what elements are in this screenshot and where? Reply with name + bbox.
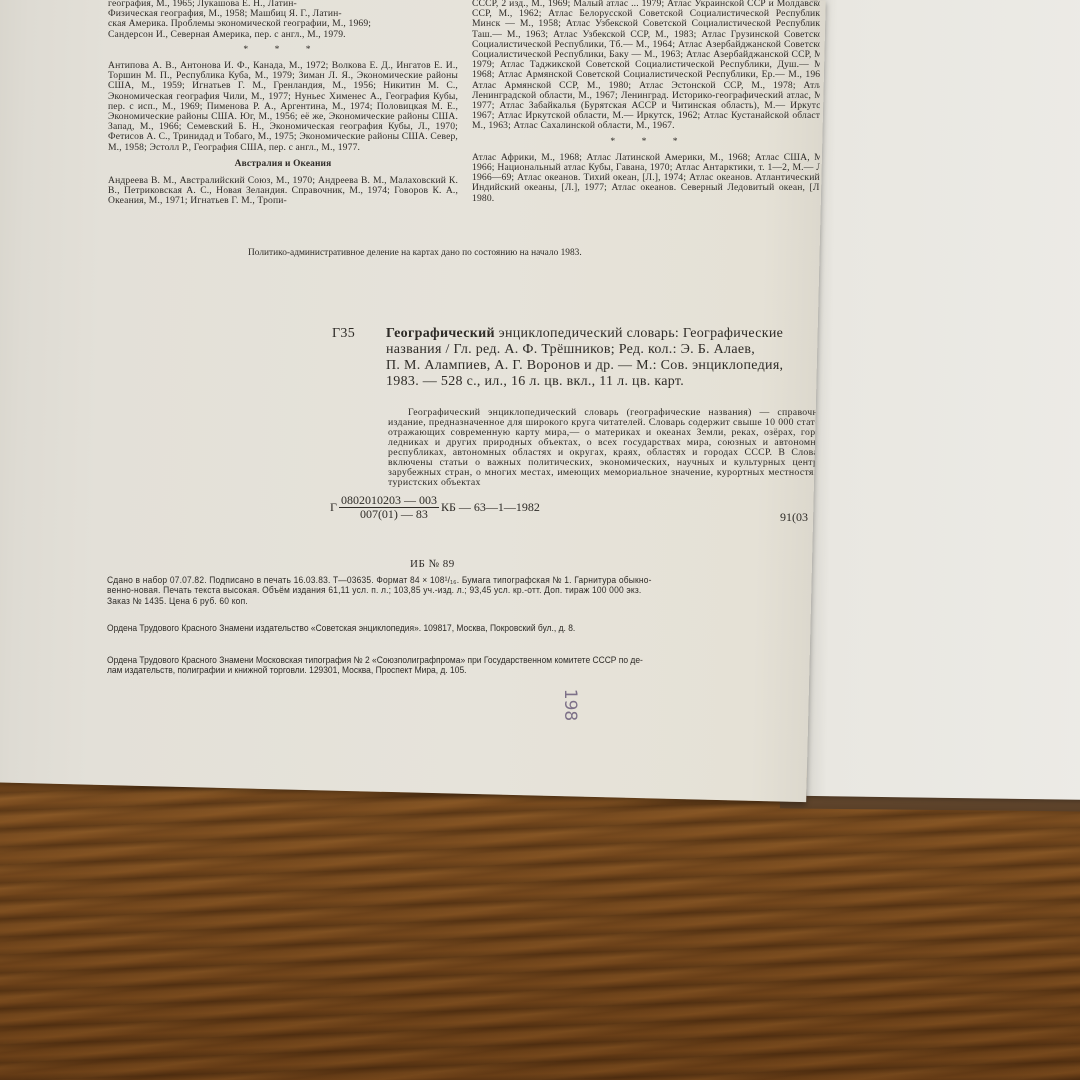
printer-info: Ордена Трудового Красного Знамени Москов… <box>107 655 820 676</box>
facing-blank-page <box>806 0 1080 800</box>
book-annotation: Географический энциклопедический словарь… <box>388 408 820 488</box>
annotation-text: Географический энциклопедический словарь… <box>388 408 820 488</box>
ussr-atlases-references: СССР, 2 изд., М., 1969; Малый атлас ... … <box>472 0 820 132</box>
north-america-references: Антипова А. В., Антонова И. Ф., Канада, … <box>108 61 458 153</box>
bbk-denominator: 007(01) — 83 <box>350 508 428 521</box>
admin-division-note: Политико-административное деление на кар… <box>248 248 582 258</box>
continued-line-4: Сандерсон И., Северная Америка, пер. с а… <box>108 30 458 40</box>
catalog-line-4: 1983. — 528 с., ил., 16 л. цв. вкл., 11 … <box>386 374 820 390</box>
bbk-suffix: КБ — 63—1—1982 <box>441 500 540 515</box>
bibliography-right-column: СССР, 2 изд., М., 1969; Малый атлас ... … <box>472 0 820 204</box>
catalog-line-2: названия / Гл. ред. А. Ф. Трёшников; Ред… <box>386 342 820 358</box>
bbk-numerator: 0802010203 — 003 <box>339 494 439 508</box>
australia-heading: Австралия и Океания <box>108 159 458 169</box>
bbk-prefix: Г <box>330 500 337 515</box>
printer-line-2: лам издательств, полиграфии и книжной то… <box>107 665 820 675</box>
colophon-page: география, М., 1965; Лукашова Е. Н., Лат… <box>0 0 826 802</box>
bibliography-left-column: география, М., 1965; Лукашова Е. Н., Лат… <box>108 0 458 207</box>
catalog-line-1: энциклопедический словарь: Географически… <box>495 326 783 341</box>
bbk-fraction: 0802010203 — 003 007(01) — 83 <box>339 494 439 521</box>
section-separator: * * * <box>108 45 458 55</box>
udk-code: 91(03 <box>780 510 808 525</box>
catalog-card: Г35 Географический энциклопедический сло… <box>332 326 820 390</box>
imprint-line-3: Заказ № 1435. Цена 6 руб. 60 коп. <box>107 596 769 606</box>
australia-references: Андреева В. М., Австралийский Союз, М., … <box>108 176 458 207</box>
ink-stamp-number: 198 <box>560 689 580 721</box>
catalog-line-3: П. М. Алампиев, А. Г. Воронов и др. — М.… <box>386 358 820 374</box>
catalog-title-bold: Географический <box>386 326 495 341</box>
bbk-index: Г 0802010203 — 003 007(01) — 83 КБ — 63—… <box>330 494 540 521</box>
imprint-line-2: венно-новая. Печать текста высокая. Объё… <box>107 585 769 595</box>
world-atlases-references: Атлас Африки, М., 1968; Атлас Латинской … <box>472 153 820 204</box>
imprint-line-1: Сдано в набор 07.07.82. Подписано в печа… <box>107 575 769 585</box>
publisher-info: Ордена Трудового Красного Знамени издате… <box>107 623 806 633</box>
print-imprint: Сдано в набор 07.07.82. Подписано в печа… <box>107 575 769 606</box>
ib-number: ИБ № 89 <box>410 558 455 570</box>
printer-line-1: Ордена Трудового Красного Знамени Москов… <box>107 655 820 665</box>
catalog-code: Г35 <box>332 326 355 342</box>
section-separator: * * * <box>472 137 820 147</box>
